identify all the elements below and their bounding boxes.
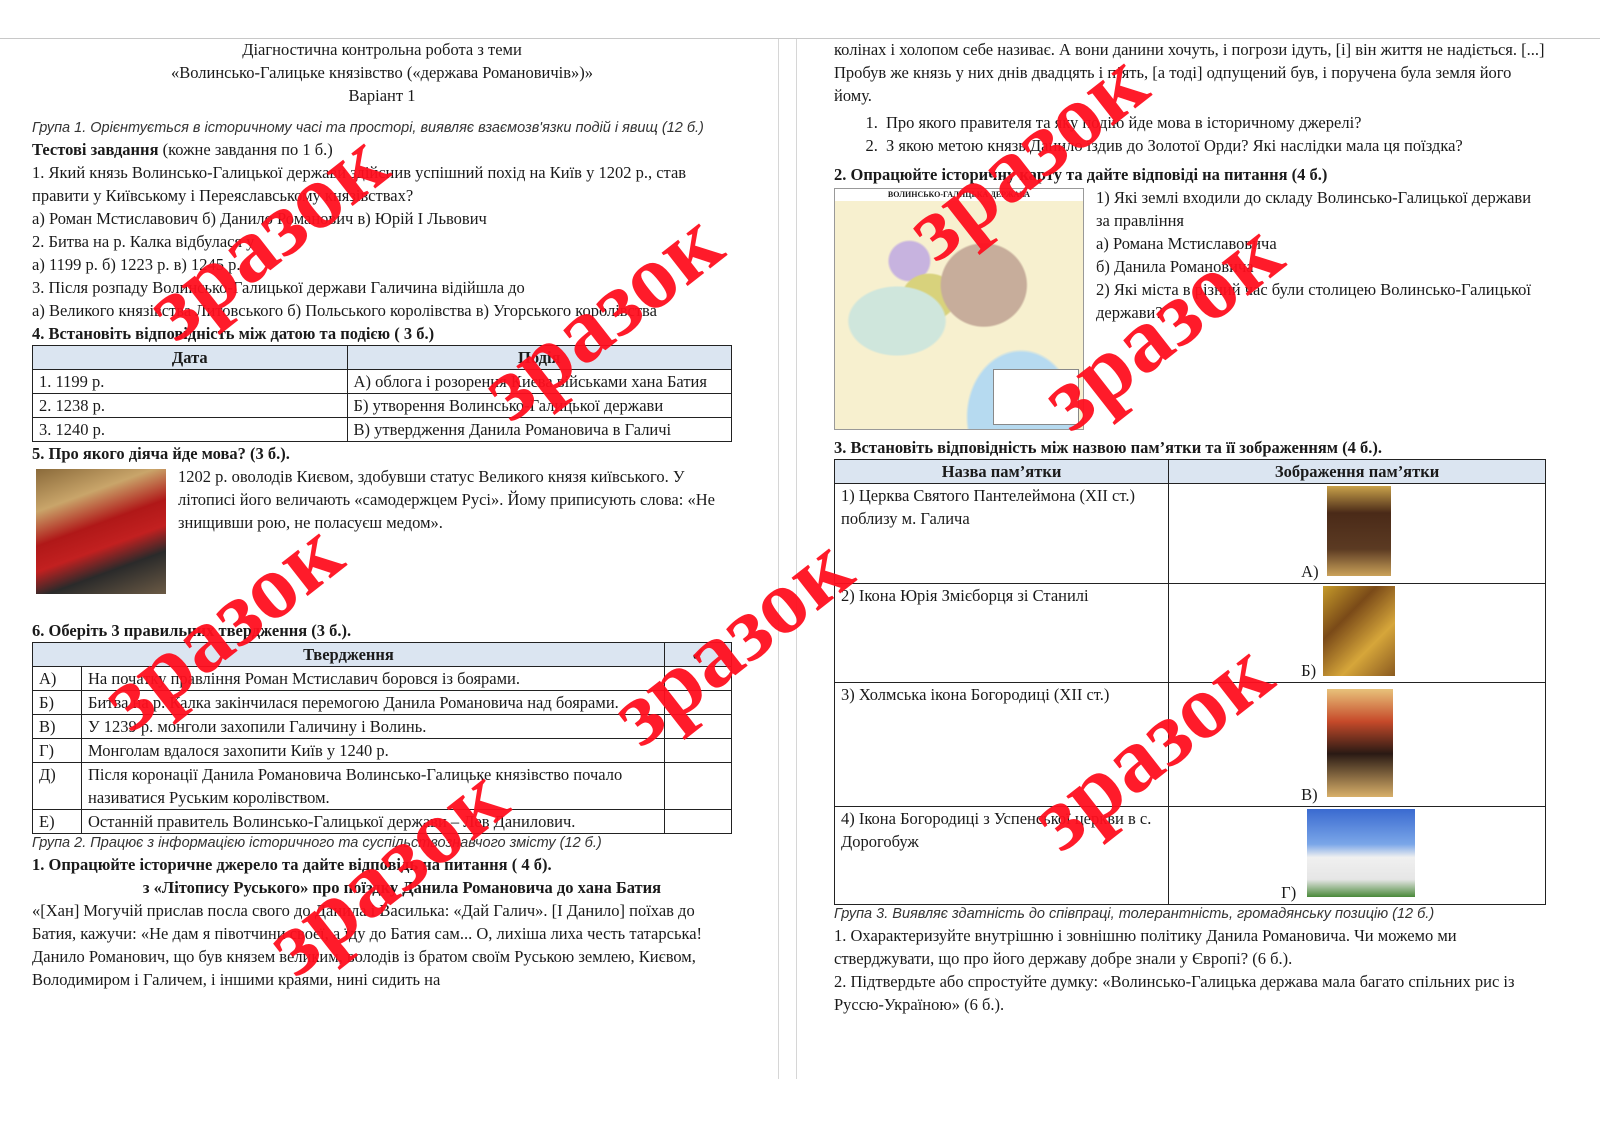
monument-table: Назва пам’ятки Зображення пам’ятки 1) Це…	[834, 459, 1546, 905]
historical-map-image: ВОЛИНСЬКО-ГАЛИЦЬКА ДЕРЖАВА	[834, 188, 1084, 430]
table-row: 1) Церква Святого Пантелеймона (XII ст.)…	[835, 484, 1546, 584]
right-page: колінах і холопом себе називає. А вони д…	[834, 38, 1546, 1016]
group3-question-2: 2. Підтвердьте або спростуйте думку: «Во…	[834, 970, 1546, 1016]
monument-image-cell: Б)	[1169, 584, 1546, 683]
statement-text: У 1239 р. монголи захопили Галичину і Во…	[82, 715, 665, 739]
table-header-statements: Твердження	[33, 643, 665, 667]
tests-heading: Тестові завдання (кожне завдання по 1 б.…	[32, 138, 732, 161]
monument-image-cell: Г)	[1169, 807, 1546, 905]
statement-letter: Е)	[33, 810, 82, 834]
group2-question-3-heading: 3. Встановіть відповідність між назвою п…	[834, 436, 1546, 459]
table-row: Г)Монголам вдалося захопити Київ у 1240 …	[33, 739, 732, 763]
golden-icon-image	[1323, 586, 1395, 676]
source-question: З якою метою князь Данило їздив до Золот…	[882, 134, 1546, 157]
check-cell[interactable]	[665, 810, 732, 834]
tests-heading-bold: Тестові завдання	[32, 140, 159, 159]
doc-title-line1: Діагностична контрольна робота з теми	[32, 38, 732, 61]
statement-text: На початку правління Роман Мстиславич бо…	[82, 667, 665, 691]
image-label: А)	[1301, 560, 1318, 583]
question-1-options: а) Роман Мстиславович б) Данило Романови…	[32, 207, 732, 230]
doc-variant: Варіант 1	[32, 84, 732, 107]
date-cell: 2. 1238 р.	[33, 394, 348, 418]
question-1: 1. Який князь Волинсько-Галицької держав…	[32, 161, 732, 207]
question-3: 3. Після розпаду Волинсько-Галицької дер…	[32, 276, 732, 299]
source-question: Про якого правителя та яку подію йде мов…	[882, 111, 1546, 134]
date-cell: 1. 1199 р.	[33, 370, 348, 394]
source-text-continued: колінах і холопом себе називає. А вони д…	[834, 38, 1546, 107]
statement-letter: Г)	[33, 739, 82, 763]
table-row: 3. 1240 р. В) утвердження Данила Романов…	[33, 418, 732, 442]
question-5-block: 1202 р. оволодів Києвом, здобувши статус…	[32, 465, 732, 611]
prince-portrait-image	[36, 469, 166, 594]
statement-text: Монголам вдалося захопити Київ у 1240 р.	[82, 739, 665, 763]
table-header-check: ✓	[665, 643, 732, 667]
source-text: «[Хан] Могучій прислав посла свого до Да…	[32, 899, 732, 991]
table-row: Е)Останній правитель Волинсько-Галицької…	[33, 810, 732, 834]
statement-text: Останній правитель Волинсько-Галицької д…	[82, 810, 665, 834]
date-cell: 3. 1240 р.	[33, 418, 348, 442]
madonna-icon-image	[1327, 486, 1391, 576]
table-row: А)На початку правління Роман Мстиславич …	[33, 667, 732, 691]
check-cell[interactable]	[665, 667, 732, 691]
church-photo-image	[1307, 809, 1415, 897]
date-event-table: Дата Подія 1. 1199 р. А) облога і розоре…	[32, 345, 732, 442]
event-cell: Б) утворення Волинсько-Галицької держави	[347, 394, 731, 418]
monument-image-cell: А)	[1169, 484, 1546, 584]
group1-heading: Група 1. Орієнтується в історичному часі…	[32, 119, 732, 138]
group2-question-2-heading: 2. Опрацюйте історичну карту та дайте ві…	[834, 163, 1546, 186]
monument-name: 4) Ікона Богородиці з Успенської церкви …	[835, 807, 1169, 905]
map-block: ВОЛИНСЬКО-ГАЛИЦЬКА ДЕРЖАВА 1) Які землі …	[834, 186, 1546, 432]
table-row: Б)Битва на р. Калка закінчилася перемого…	[33, 691, 732, 715]
statement-letter: Б)	[33, 691, 82, 715]
table-row: Д)Після коронації Данила Романовича Воли…	[33, 763, 732, 810]
question-3-options: а) Великого князівства Литовського б) По…	[32, 299, 732, 322]
tests-note: (кожне завдання по 1 б.)	[163, 140, 333, 159]
table-row: 4) Ікона Богородиці з Успенської церкви …	[835, 807, 1546, 905]
map-legend	[993, 369, 1079, 425]
source-questions: Про якого правителя та яку подію йде мов…	[834, 111, 1546, 157]
check-cell[interactable]	[665, 715, 732, 739]
page-divider-left	[778, 39, 779, 1079]
question-2-options: а) 1199 р. б) 1223 р. в) 1245 р.	[32, 253, 732, 276]
table-header-date: Дата	[33, 346, 348, 370]
map-title: ВОЛИНСЬКО-ГАЛИЦЬКА ДЕРЖАВА	[835, 189, 1083, 201]
event-cell: В) утвердження Данила Романовича в Галич…	[347, 418, 731, 442]
question-5-heading: 5. Про якого діяча йде мова? (3 б.).	[32, 442, 732, 465]
table-row: 2) Ікона Юрія Змієборця зі Станилі Б)	[835, 584, 1546, 683]
question-6-heading: 6. Оберіть 3 правильних твердження (3 б.…	[32, 619, 732, 642]
statement-text: Після коронації Данила Романовича Волинс…	[82, 763, 665, 810]
statements-table: Твердження ✓ А)На початку правління Рома…	[32, 642, 732, 834]
table-row: В)У 1239 р. монголи захопили Галичину і …	[33, 715, 732, 739]
table-row: 3) Холмська ікона Богородиці (XII ст.) В…	[835, 683, 1546, 807]
check-cell[interactable]	[665, 763, 732, 810]
monument-name: 2) Ікона Юрія Змієборця зі Станилі	[835, 584, 1169, 683]
table-row: 1. 1199 р. А) облога і розорення Києва в…	[33, 370, 732, 394]
source-title: з «Літопису Руського» про поїздку Данила…	[32, 876, 732, 899]
image-label: Б)	[1301, 659, 1316, 682]
monument-name: 1) Церква Святого Пантелеймона (XII ст.)…	[835, 484, 1169, 584]
statement-letter: В)	[33, 715, 82, 739]
group2-question-1-heading: 1. Опрацюйте історичне джерело та дайте …	[32, 853, 732, 876]
page-divider-right	[796, 39, 797, 1079]
monument-name: 3) Холмська ікона Богородиці (XII ст.)	[835, 683, 1169, 807]
table-header-monument-name: Назва пам’ятки	[835, 460, 1169, 484]
monument-image-cell: В)	[1169, 683, 1546, 807]
table-header-event: Подія	[347, 346, 731, 370]
left-page: Діагностична контрольна робота з теми «В…	[32, 38, 732, 991]
question-4-heading: 4. Встановіть відповідність між датою та…	[32, 322, 732, 345]
image-label: Г)	[1281, 881, 1296, 904]
group3-heading: Група 3. Виявляє здатність до співпраці,…	[834, 905, 1546, 924]
question-2: 2. Битва на р. Калка відбулася у	[32, 230, 732, 253]
check-cell[interactable]	[665, 691, 732, 715]
event-cell: А) облога і розорення Києва військами ха…	[347, 370, 731, 394]
statement-letter: А)	[33, 667, 82, 691]
statement-text: Битва на р. Калка закінчилася перемогою …	[82, 691, 665, 715]
check-cell[interactable]	[665, 739, 732, 763]
statement-letter: Д)	[33, 763, 82, 810]
doc-title-line2: «Волинсько-Галицьке князівство («держава…	[32, 61, 732, 84]
image-label: В)	[1301, 783, 1318, 806]
group3-question-1: 1. Охарактеризуйте внутрішню і зовнішню …	[834, 924, 1546, 970]
st-george-icon-image	[1327, 689, 1393, 797]
table-row: 2. 1238 р. Б) утворення Волинсько-Галиць…	[33, 394, 732, 418]
table-header-monument-image: Зображення пам’ятки	[1169, 460, 1546, 484]
group2-heading: Група 2. Працює з інформацією історичног…	[32, 834, 732, 853]
